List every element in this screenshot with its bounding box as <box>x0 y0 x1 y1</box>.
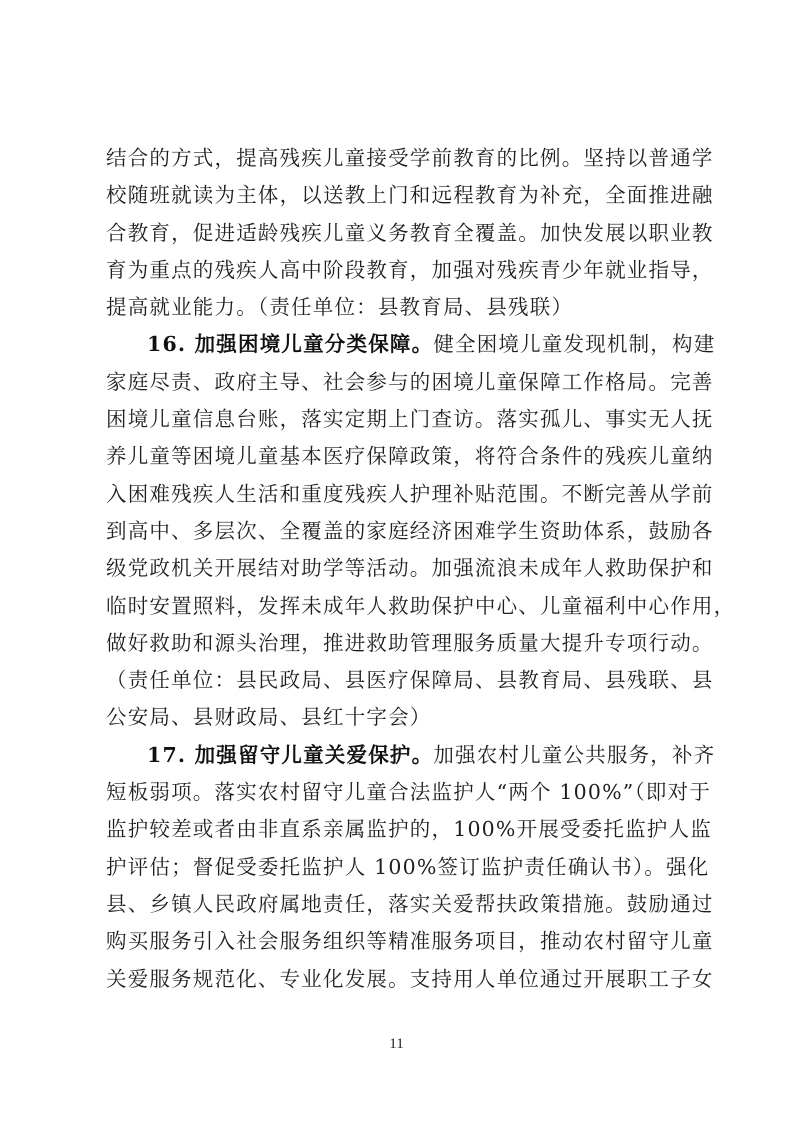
text-line: 到高中、多层次、全覆盖的家庭经济困难学生资助体系，鼓励各 <box>106 513 692 550</box>
text-line: 入困难残疾人生活和重度残疾人护理补贴范围。不断完善从学前 <box>106 476 692 513</box>
text-line: 监护较差或者由非直系亲属监护的，100%开展受委托监护人监 <box>106 811 692 848</box>
text-line: 16. 加强困境儿童分类保障。健全困境儿童发现机制，构建 <box>106 326 692 363</box>
text-line: 育为重点的残疾人高中阶段教育，加强对残疾青少年就业指导， <box>106 252 692 289</box>
text-line: 家庭尽责、政府主导、社会参与的困境儿童保障工作格局。完善 <box>106 364 692 401</box>
text-line: 合教育，促进适龄残疾儿童义务教育全覆盖。加快发展以职业教 <box>106 215 692 252</box>
item-16-first-line: 健全困境儿童发现机制，构建 <box>433 332 715 356</box>
text-line: 提高就业能力。（责任单位：县教育局、县残联） <box>106 289 692 326</box>
text-line: 做好救助和源头治理，推进救助管理服务质量大提升专项行动。 <box>106 625 692 662</box>
page-number: 11 <box>0 1036 793 1053</box>
text-line: 护评估；督促受委托监护人 100%签订监护责任确认书）。强化 <box>106 849 692 886</box>
intro-paragraph: 结合的方式，提高残疾儿童接受学前教育的比例。坚持以普通学 校随班就读为主体，以送… <box>106 140 692 326</box>
text-line: 养儿童等困境儿童基本医疗保障政策，将符合条件的残疾儿童纳 <box>106 438 692 475</box>
text-line: 困境儿童信息台账，落实定期上门查访。落实孤儿、事实无人抚 <box>106 401 692 438</box>
item-17-paragraph: 17. 加强留守儿童关爱保护。加强农村儿童公共服务，补齐 短板弱项。落实农村留守… <box>106 737 692 998</box>
text-line: （责任单位：县民政局、县医疗保障局、县教育局、县残联、县 <box>106 662 692 699</box>
text-line: 17. 加强留守儿童关爱保护。加强农村儿童公共服务，补齐 <box>106 737 692 774</box>
text-line: 校随班就读为主体，以送教上门和远程教育为补充，全面推进融 <box>106 177 692 214</box>
item-17-heading: 17. 加强留守儿童关爱保护。 <box>147 743 433 767</box>
item-16-heading: 16. 加强困境儿童分类保障。 <box>147 332 433 356</box>
text-line: 购买服务引入社会服务组织等精准服务项目，推动农村留守儿童 <box>106 923 692 960</box>
text-line: 临时安置照料，发挥未成年人救助保护中心、儿童福利中心作用， <box>106 588 692 625</box>
text-line: 公安局、县财政局、县红十字会） <box>106 699 692 736</box>
item-16-paragraph: 16. 加强困境儿童分类保障。健全困境儿童发现机制，构建 家庭尽责、政府主导、社… <box>106 326 692 736</box>
text-line: 短板弱项。落实农村留守儿童合法监护人“两个 100%”（即对于 <box>106 774 692 811</box>
text-line: 级党政机关开展结对助学等活动。加强流浪未成年人救助保护和 <box>106 550 692 587</box>
text-line: 县、乡镇人民政府属地责任，落实关爱帮扶政策措施。鼓励通过 <box>106 886 692 923</box>
text-line: 关爱服务规范化、专业化发展。支持用人单位通过开展职工子女 <box>106 961 692 998</box>
item-17-first-line: 加强农村儿童公共服务，补齐 <box>433 743 715 767</box>
document-page: 结合的方式，提高残疾儿童接受学前教育的比例。坚持以普通学 校随班就读为主体，以送… <box>106 140 692 998</box>
text-line: 结合的方式，提高残疾儿童接受学前教育的比例。坚持以普通学 <box>106 140 692 177</box>
